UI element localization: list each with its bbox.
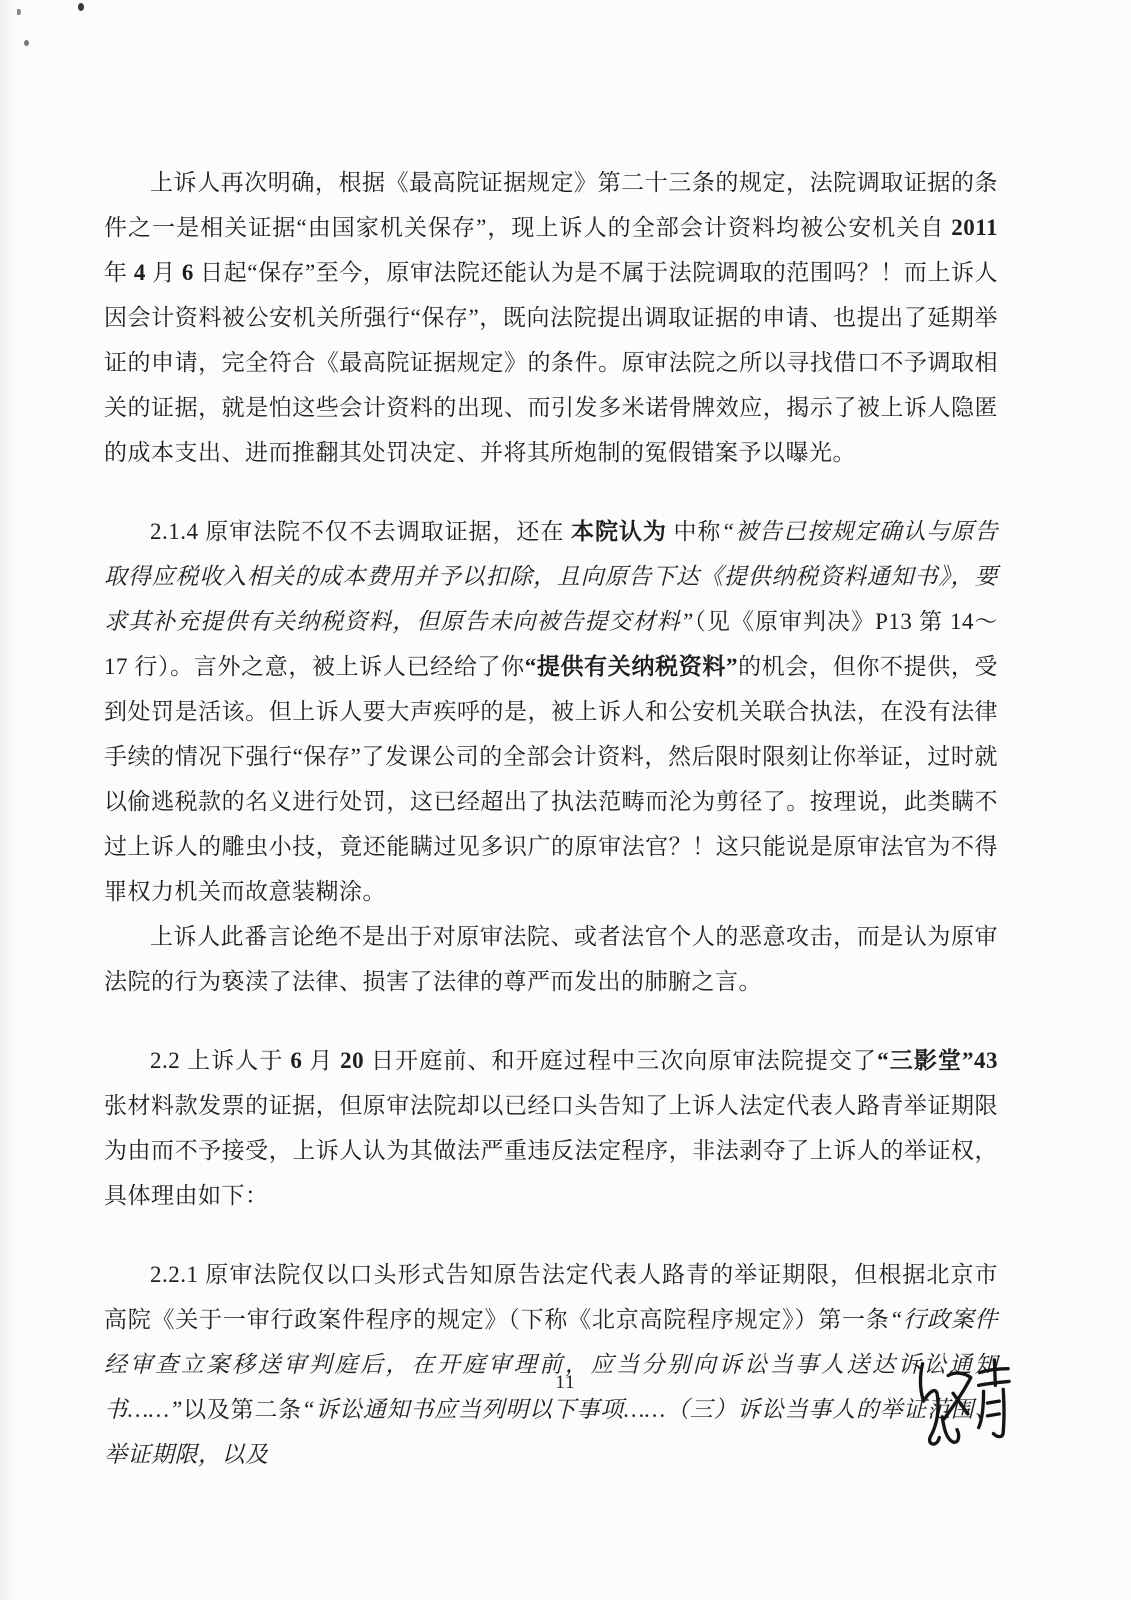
text-segment: “提供有关纳税资料” [525, 654, 738, 679]
scan-speck [24, 40, 29, 46]
text-segment: 年 [104, 260, 134, 285]
scanned-document-page: 上诉人再次明确，根据《最高院证据规定》第二十三条的规定，法院调取证据的条件之一是… [0, 0, 1131, 1600]
text-segment: 2011 [951, 215, 998, 240]
text-segment: 6 [182, 260, 194, 285]
text-segment: 以及第二条 [183, 1397, 302, 1422]
para-intro: 上诉人再次明确，根据《最高院证据规定》第二十三条的规定，法院调取证据的条件之一是… [104, 160, 998, 475]
handwritten-signature [893, 1348, 1021, 1466]
text-segment: 日起“保存”至今，原审法院还能认为是不属于法院调取的范围吗？！而上诉人因会计资料… [104, 260, 998, 465]
text-segment: “三影堂”43 [877, 1048, 998, 1073]
text-segment: 月 [146, 260, 182, 285]
text-segment: 上诉人此番言论绝不是出于对原审法院、或者法官个人的恶意攻击，而是认为原审法院的行… [104, 924, 998, 994]
text-segment: 的机会，但你不提供，受到处罚是活该。但上诉人要大声疾呼的是，被上诉人和公安机关联… [104, 654, 998, 904]
scan-speck [17, 9, 21, 15]
text-segment: 月 [302, 1048, 340, 1073]
scan-edge-shading [0, 0, 16, 1600]
text-segment: 2.2 上诉人于 [150, 1048, 290, 1073]
para-2-2-1: 2.2.1 原审法院仅以口头形式告知原告法定代表人路青的举证期限，但根据北京市高… [104, 1252, 998, 1477]
text-segment: 上诉人再次明确，根据《最高院证据规定》第二十三条的规定，法院调取证据的条件之一是… [104, 170, 998, 240]
document-body: 上诉人再次明确，根据《最高院证据规定》第二十三条的规定，法院调取证据的条件之一是… [104, 160, 998, 1477]
text-segment: 6 [290, 1048, 302, 1073]
scan-speck [78, 3, 84, 11]
text-segment: 2.1.4 原审法院不仅不去调取证据，还在 [150, 519, 571, 544]
signature-ink-icon [893, 1348, 1021, 1466]
text-segment: 2.2.1 原审法院仅以口头形式告知原告法定代表人路青的举证期限，但根据北京市高… [104, 1262, 998, 1332]
para-sincerity: 上诉人此番言论绝不是出于对原审法院、或者法官个人的恶意攻击，而是认为原审法院的行… [104, 914, 998, 1004]
text-segment: 4 [134, 260, 146, 285]
para-2-2: 2.2 上诉人于 6 月 20 日开庭前、和开庭过程中三次向原审法院提交了“三影… [104, 1038, 998, 1218]
para-2-1-4: 2.1.4 原审法院不仅不去调取证据，还在 本院认为 中称“被告已按规定确认与原… [104, 509, 998, 914]
text-segment: 张材料款发票的证据，但原审法院却以已经口头告知了上诉人法定代表人路青举证期限为由… [104, 1093, 998, 1208]
text-segment: 20 [340, 1048, 364, 1073]
text-segment: 本院认为 [571, 519, 667, 544]
text-segment: 中称 [667, 519, 722, 544]
text-segment: 日开庭前、和开庭过程中三次向原审法院提交了 [364, 1048, 877, 1073]
